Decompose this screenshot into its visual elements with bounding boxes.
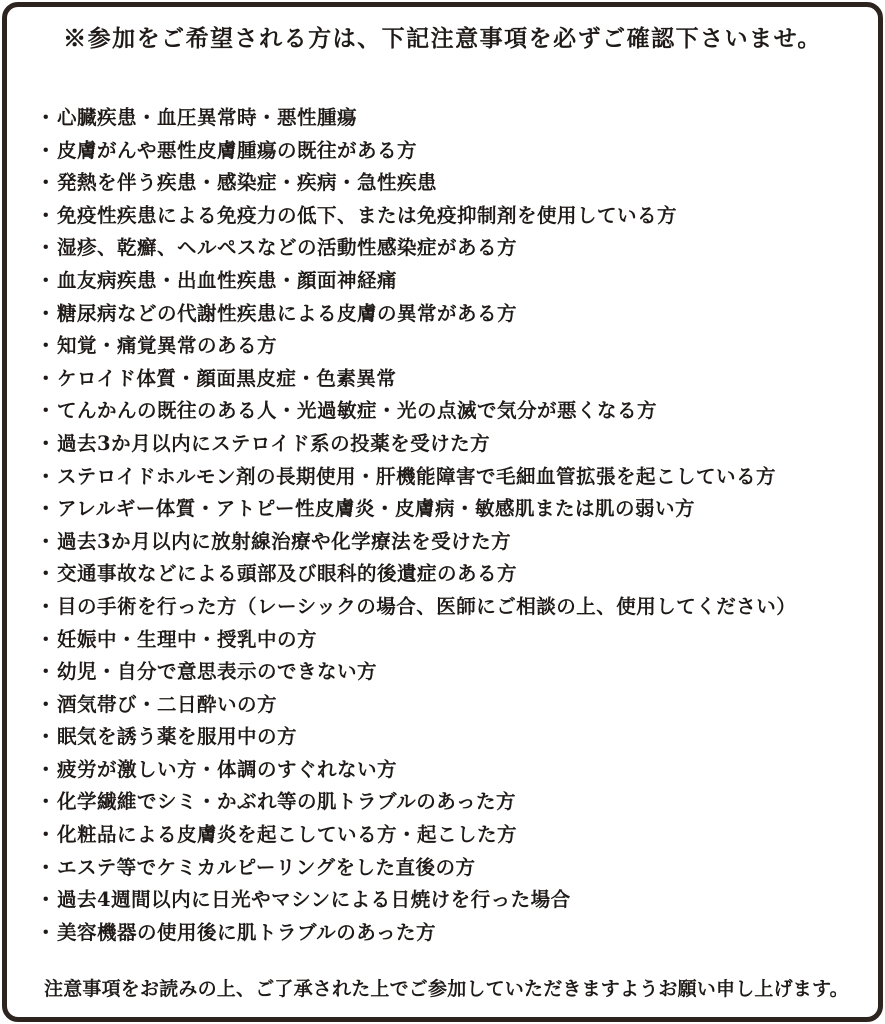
list-item: ・てんかんの既往のある人・光過敏症・光の点滅で気分が悪くなる方 <box>36 395 885 428</box>
bullet-icon: ・ <box>36 790 56 813</box>
bullet-icon: ・ <box>36 269 56 292</box>
list-item: ・糖尿病などの代謝性疾患による皮膚の異常がある方 <box>36 298 885 331</box>
list-item-text: 過去4週間以内に日光やマシンによる日焼けを行った場合 <box>57 888 571 911</box>
bullet-icon: ・ <box>36 595 56 618</box>
list-item: ・エステ等でケミカルピーリングをした直後の方 <box>36 852 885 885</box>
bullet-icon: ・ <box>36 530 56 553</box>
list-item-text: 酒気帯び・二日酔いの方 <box>57 693 277 716</box>
bullet-icon: ・ <box>36 106 56 129</box>
list-item: ・幼児・自分で意思表示のできない方 <box>36 656 885 689</box>
list-item-text: 美容機器の使用後に肌トラブルのあった方 <box>57 921 436 944</box>
list-item: ・美容機器の使用後に肌トラブルのあった方 <box>36 917 885 950</box>
list-item-text: 妊娠中・生理中・授乳中の方 <box>57 628 317 651</box>
bullet-icon: ・ <box>36 725 56 748</box>
bullet-icon: ・ <box>36 888 56 911</box>
list-item: ・湿疹、乾癬、ヘルペスなどの活動性感染症がある方 <box>36 232 885 265</box>
list-item-text: ステロイドホルモン剤の長期使用・肝機能障害で毛細血管拡張を起こしている方 <box>57 465 776 488</box>
bullet-icon: ・ <box>36 432 56 455</box>
list-item-text: エステ等でケミカルピーリングをした直後の方 <box>57 856 475 879</box>
list-item-text: 眠気を誘う薬を服用中の方 <box>57 725 297 748</box>
bullet-icon: ・ <box>36 497 56 520</box>
list-item-text: 知覚・痛覚異常のある方 <box>57 334 277 357</box>
list-item: ・皮膚がんや悪性皮膚腫瘍の既往がある方 <box>36 135 885 168</box>
list-item-text: 糖尿病などの代謝性疾患による皮膚の異常がある方 <box>57 302 517 325</box>
bullet-icon: ・ <box>36 921 56 944</box>
bullet-icon: ・ <box>36 562 56 585</box>
bullet-icon: ・ <box>36 465 56 488</box>
list-item: ・眠気を誘う薬を服用中の方 <box>36 721 885 754</box>
bullet-icon: ・ <box>36 399 56 422</box>
list-item: ・目の手術を行った方（レーシックの場合、医師にご相談の上、使用してください） <box>36 591 885 624</box>
bullet-icon: ・ <box>36 139 56 162</box>
bullet-icon: ・ <box>36 856 56 879</box>
list-item: ・過去4週間以内に日光やマシンによる日焼けを行った場合 <box>36 884 885 917</box>
bullet-icon: ・ <box>36 693 56 716</box>
list-item: ・疲労が激しい方・体調のすぐれない方 <box>36 754 885 787</box>
list-item-text: 湿疹、乾癬、ヘルペスなどの活動性感染症がある方 <box>57 236 517 259</box>
notice-page: ※参加をご希望される方は、下記注意事項を必ずご確認下さいませ。 ・心臓疾患・血圧… <box>0 0 885 1024</box>
bullet-icon: ・ <box>36 758 56 781</box>
list-item-text: てんかんの既往のある人・光過敏症・光の点滅で気分が悪くなる方 <box>57 399 657 422</box>
list-item: ・知覚・痛覚異常のある方 <box>36 330 885 363</box>
list-item-text: 過去3か月以内にステロイド系の投薬を受けた方 <box>57 432 490 455</box>
list-item-text: 疲労が激しい方・体調のすぐれない方 <box>57 758 397 781</box>
bullet-icon: ・ <box>36 628 56 651</box>
list-item-text: 発熱を伴う疾患・感染症・疾病・急性疾患 <box>57 171 437 194</box>
list-item-text: 化粧品による皮膚炎を起こしている方・起こした方 <box>57 823 517 846</box>
list-item: ・発熱を伴う疾患・感染症・疾病・急性疾患 <box>36 167 885 200</box>
list-item: ・酒気帯び・二日酔いの方 <box>36 689 885 722</box>
list-item-text: 化学繊維でシミ・かぶれ等の肌トラブルのあった方 <box>57 790 516 813</box>
bullet-icon: ・ <box>36 660 56 683</box>
bullet-icon: ・ <box>36 171 56 194</box>
bullet-icon: ・ <box>36 204 56 227</box>
list-item: ・過去3か月以内にステロイド系の投薬を受けた方 <box>36 428 885 461</box>
list-item: ・交通事故などによる頭部及び眼科的後遺症のある方 <box>36 558 885 591</box>
bullet-icon: ・ <box>36 823 56 846</box>
list-item-text: 目の手術を行った方（レーシックの場合、医師にご相談の上、使用してください） <box>57 595 796 618</box>
bullet-icon: ・ <box>36 236 56 259</box>
list-item-text: ケロイド体質・顔面黒皮症・色素異常 <box>57 367 396 390</box>
list-item-text: 過去3か月以内に放射線治療や化学療法を受けた方 <box>57 530 511 553</box>
page-title: ※参加をご希望される方は、下記注意事項を必ずご確認下さいませ。 <box>0 0 885 54</box>
list-item: ・心臓疾患・血圧異常時・悪性腫瘍 <box>36 102 885 135</box>
precaution-list: ・心臓疾患・血圧異常時・悪性腫瘍 ・皮膚がんや悪性皮膚腫瘍の既往がある方 ・発熱… <box>36 102 885 949</box>
list-item: ・妊娠中・生理中・授乳中の方 <box>36 624 885 657</box>
list-item: ・免疫性疾患による免疫力の低下、または免疫抑制剤を使用している方 <box>36 200 885 233</box>
list-item: ・血友病疾患・出血性疾患・顔面神経痛 <box>36 265 885 298</box>
list-item: ・ケロイド体質・顔面黒皮症・色素異常 <box>36 363 885 396</box>
bullet-icon: ・ <box>36 334 56 357</box>
list-item: ・化学繊維でシミ・かぶれ等の肌トラブルのあった方 <box>36 786 885 819</box>
list-item-text: アレルギー体質・アトピー性皮膚炎・皮膚病・敏感肌または肌の弱い方 <box>57 497 695 520</box>
footer-note: 注意事項をお読みの上、ご了承された上でご参加していただきますようお願い申し上げま… <box>44 976 849 1002</box>
list-item-text: 血友病疾患・出血性疾患・顔面神経痛 <box>57 269 397 292</box>
bullet-icon: ・ <box>36 302 56 325</box>
list-item: ・化粧品による皮膚炎を起こしている方・起こした方 <box>36 819 885 852</box>
list-item-text: 皮膚がんや悪性皮膚腫瘍の既往がある方 <box>57 139 417 162</box>
list-item: ・過去3か月以内に放射線治療や化学療法を受けた方 <box>36 526 885 559</box>
bullet-icon: ・ <box>36 367 56 390</box>
list-item-text: 幼児・自分で意思表示のできない方 <box>57 660 377 683</box>
list-item-text: 交通事故などによる頭部及び眼科的後遺症のある方 <box>57 562 517 585</box>
list-item: ・ステロイドホルモン剤の長期使用・肝機能障害で毛細血管拡張を起こしている方 <box>36 461 885 494</box>
list-item-text: 心臓疾患・血圧異常時・悪性腫瘍 <box>57 106 357 129</box>
list-item-text: 免疫性疾患による免疫力の低下、または免疫抑制剤を使用している方 <box>57 204 677 227</box>
list-item: ・アレルギー体質・アトピー性皮膚炎・皮膚病・敏感肌または肌の弱い方 <box>36 493 885 526</box>
